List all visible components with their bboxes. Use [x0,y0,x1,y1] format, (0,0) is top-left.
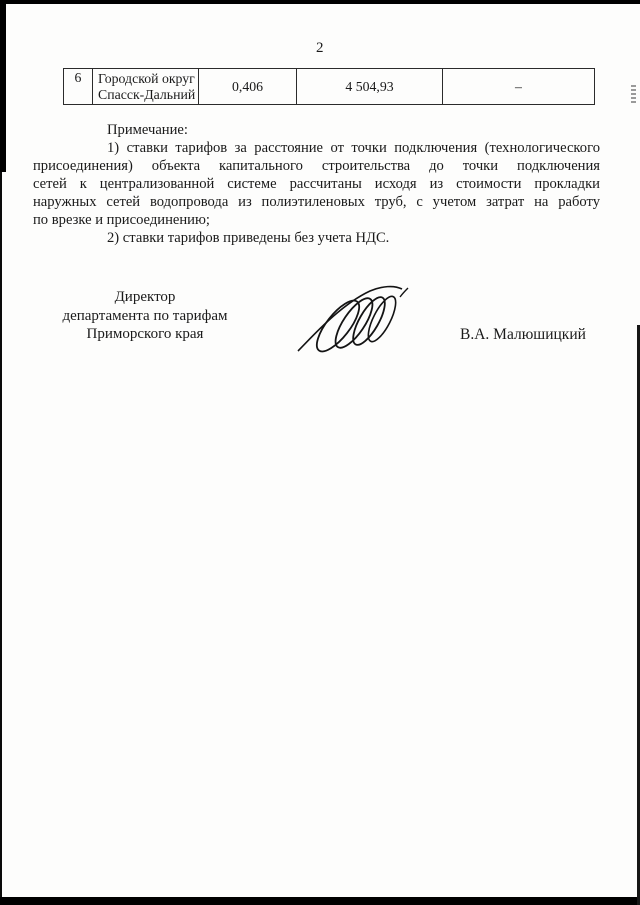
territory-line2: Спасск-Дальний [98,87,195,103]
scan-artifact-right-dashes [631,85,636,103]
document-page: 2 6 Городской округ Спасск-Дальний 0,406… [0,0,640,905]
signatory-title-line: Директор [45,288,245,307]
note-item1-line: присоединения) объекта капитального стро… [33,157,600,175]
note-heading: Примечание: [33,121,600,139]
table-cell-rate1: 0,406 [199,69,297,104]
territory-line1: Городской округ [98,71,195,87]
table-cell-row-number: 6 [64,69,93,104]
scan-artifact-bottom-bar [0,897,640,905]
signatory-title: Директор департамента по тарифам Приморс… [45,288,245,344]
signatory-title-line: Приморского края [45,325,245,344]
note-item1-line: наружных сетей водопровода из полиэтилен… [33,193,600,211]
table-cell-rate3: – [443,69,594,104]
handwritten-signature [292,281,410,357]
table-cell-territory: Городской округ Спасск-Дальний [93,69,199,104]
table-cell-rate2: 4 504,93 [297,69,443,104]
scan-artifact-top-bar [0,0,640,4]
tariff-table-row: 6 Городской округ Спасск-Дальний 0,406 4… [63,68,595,105]
signatory-title-line: департамента по тарифам [45,307,245,326]
note-item1-line: сетей к централизованной системе рассчит… [33,175,600,193]
page-number: 2 [0,40,640,57]
signatory-name: В.А. Малюшицкий [460,326,586,344]
note-item2: 2) ставки тарифов приведены без учета НД… [33,229,600,247]
note-item1-line: по врезке и присоединению; [33,211,600,229]
scan-artifact-left-bar [0,0,6,172]
note-item1-line: 1) ставки тарифов за расстояние от точки… [33,139,600,157]
note-block: Примечание: 1) ставки тарифов за расстоя… [33,121,600,247]
